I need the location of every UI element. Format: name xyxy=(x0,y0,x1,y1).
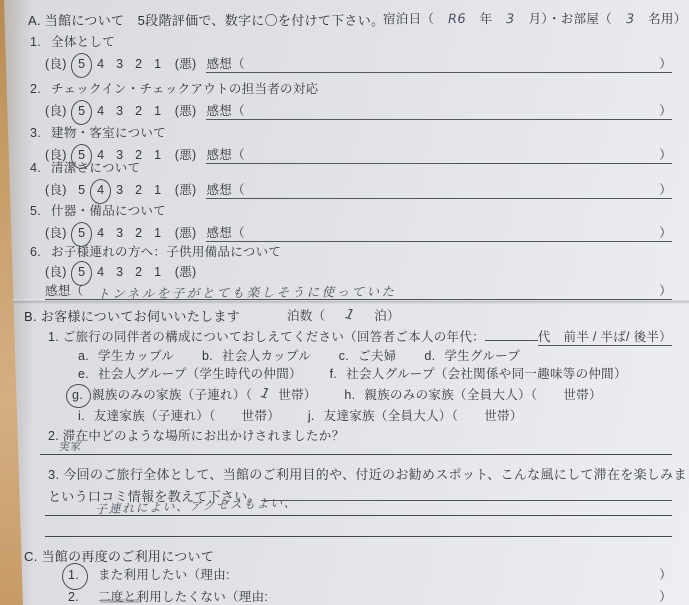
item-title-text: 全体として xyxy=(51,35,115,49)
stay-month-value: 3 xyxy=(506,12,515,27)
close-paren: ） xyxy=(659,281,672,299)
rating-4: 4 xyxy=(95,57,107,71)
kanso-label: 感想 xyxy=(206,145,232,163)
open-paren: （ xyxy=(71,281,84,299)
rating-2: 2 xyxy=(133,183,145,197)
rating-4: 4 xyxy=(95,226,107,240)
outing-answer: 実家 xyxy=(58,438,81,455)
option-label: 友達家族（子連れ）（ xyxy=(94,409,216,423)
good-label: (良) xyxy=(45,180,67,198)
b-q2-answer-line xyxy=(40,454,672,455)
rating-5: 5 xyxy=(76,104,88,118)
option-suffix: 世帯） xyxy=(242,409,280,423)
review-answer: 子連れによい、アクセスもよい、 xyxy=(95,493,298,517)
rating-1: 1 xyxy=(152,148,164,162)
item-number: 1. xyxy=(30,35,41,49)
item-6-comment-row: 感想（ トンネルを子がとても楽しそうに使っていた ） xyxy=(45,281,672,300)
room-capacity-label: 名用） xyxy=(648,12,686,26)
option-key-c: c. xyxy=(339,349,349,363)
close-paren: ） xyxy=(659,223,672,241)
kanso-label: 感想 xyxy=(45,281,71,299)
comment-line: 感想（） xyxy=(206,223,672,242)
item-4-title: 4.清潔さについて xyxy=(30,158,140,176)
option-key-i: i. xyxy=(78,409,85,423)
item-6-rating-row: (良) 5 4 3 2 1 (悪) xyxy=(45,262,309,280)
item-2-title: 2.チェックイン・チェックアウトの担当者の対応 xyxy=(30,79,318,97)
cutoff-text-fragment xyxy=(100,599,142,603)
section-c-heading: C. 当館の再度のご利用について xyxy=(24,546,214,565)
option-label: ご夫婦 xyxy=(358,349,396,363)
open-paren: （ xyxy=(232,223,245,241)
bad-label: (悪) xyxy=(175,180,197,198)
rating-4: 4 xyxy=(95,183,107,197)
age-suffix: 代 前半 / 半ば/ 後半） xyxy=(538,327,672,346)
close-paren: ） xyxy=(659,565,672,583)
stay-month-room-label: 月）・お部屋（ xyxy=(529,12,612,26)
item-title-text: 建物・客室について xyxy=(51,126,166,140)
comment-line: 感想（） xyxy=(206,54,672,73)
stay-info: 宿泊日（ R6 年 3 月）・お部屋（ 3 名用） xyxy=(383,9,687,27)
c-option-1: 1. また利用したい（理由: ） xyxy=(68,565,672,583)
rating-1: 1 xyxy=(152,183,164,197)
stay-year-label: 年 xyxy=(480,12,493,26)
close-paren: ） xyxy=(659,54,672,72)
close-paren: ） xyxy=(659,101,672,119)
item-1-rating-row: (良) 5 4 3 2 1 (悪) 感想（） xyxy=(45,54,672,73)
item-title-text: 清潔さについて xyxy=(51,161,140,175)
stay-year-value: R6 xyxy=(448,12,466,28)
section-b-heading: B. お客様についてお伺いいたします xyxy=(24,306,240,325)
item-title-text: チェックイン・チェックアウトの担当者の対応 xyxy=(51,82,318,96)
item-6-comment-handwriting: トンネルを子がとても楽しそうに使っていた xyxy=(97,282,397,303)
comment-line: 感想（ トンネルを子がとても楽しそうに使っていた ） xyxy=(45,281,672,300)
age-blank xyxy=(485,340,538,341)
rating-5: 5 xyxy=(76,183,88,197)
nights-label-open: 泊数（ xyxy=(287,309,325,323)
rating-1: 1 xyxy=(152,57,164,71)
b-q1-options-row-3: g.親族のみの家族（子連れ）（1世帯） h.親族のみの家族（全員大人）（世帯） xyxy=(72,385,602,403)
item-number: 5. xyxy=(30,204,41,218)
option-suffix: 世帯） xyxy=(563,388,601,402)
option-label: 社会人グループ（学生時代の仲間） xyxy=(98,367,302,381)
rating-3: 3 xyxy=(114,226,126,240)
c-option-1-number: 1. xyxy=(68,568,86,582)
rating-4: 4 xyxy=(95,265,107,279)
rating-1: 1 xyxy=(152,104,164,118)
b-q3-answer-line-3 xyxy=(45,536,672,537)
b-question-1: 1. ご旅行の同伴者の構成についておしえてください（回答者ご本人の年代： 代 前… xyxy=(48,327,672,346)
open-paren: （ xyxy=(232,180,245,198)
b-q3-answer-line-2 xyxy=(45,515,672,516)
rating-5: 5 xyxy=(76,226,88,240)
option-label: 友達家族（全員大人）（ xyxy=(324,409,459,423)
b-question-2: 2. 滞在中どのような場所にお出かけされましたか？ xyxy=(48,426,344,444)
rating-5: 5 xyxy=(76,265,88,279)
option-key-a: a. xyxy=(78,349,89,363)
good-label: (良) xyxy=(45,54,67,72)
nights-field: 泊数（ 1 泊） xyxy=(287,306,400,324)
good-label: (良) xyxy=(45,262,67,280)
rating-5: 5 xyxy=(76,57,88,71)
b-q3-answer-handwriting: 子連れによい、アクセスもよい、 xyxy=(95,497,297,514)
option-key-f: f. xyxy=(330,367,338,381)
good-label: (良) xyxy=(45,101,67,119)
item-5-rating-row: (良) 5 4 3 2 1 (悪) 感想（） xyxy=(45,223,672,242)
rating-3: 3 xyxy=(114,57,126,71)
bad-label: (悪) xyxy=(175,262,197,280)
item-1-title: 1.全体として xyxy=(30,32,115,50)
bad-label: (悪) xyxy=(175,54,197,72)
stay-date-label: 宿泊日（ xyxy=(383,12,434,26)
close-paren: ） xyxy=(659,587,672,605)
item-4-rating-row: (良) 5 4 3 2 1 (悪) 感想（） xyxy=(45,180,672,199)
option-key-d: d. xyxy=(424,349,435,363)
room-capacity-value: 3 xyxy=(626,12,635,27)
rating-4: 4 xyxy=(95,104,107,118)
option-suffix: 世帯） xyxy=(278,388,316,402)
bad-label: (悪) xyxy=(175,145,197,163)
b-q1-options-row-4: i.友達家族（子連れ）（世帯） j.友達家族（全員大人）（世帯） xyxy=(78,406,523,424)
rating-2: 2 xyxy=(133,265,145,279)
b-q3-answer-line-1 xyxy=(261,500,672,501)
comment-line: 感想（） xyxy=(206,180,672,199)
open-paren: （ xyxy=(232,101,245,119)
good-label: (良) xyxy=(45,223,67,241)
rating-3: 3 xyxy=(114,183,126,197)
kanso-label: 感想 xyxy=(206,101,232,119)
kanso-label: 感想 xyxy=(206,54,232,72)
nights-label-close: 泊） xyxy=(374,309,400,323)
b-q1-options-row-2: e.社会人グループ（学生時代の仲間） f.社会人グループ（会社関係や同一趣味等の… xyxy=(78,364,627,382)
g-households-handwriting: 1 xyxy=(251,383,280,405)
photo-background: A. 当館について 5段階評価で、数字に〇を付けて下さい。 宿泊日（ R6 年 … xyxy=(0,0,689,605)
rating-1: 1 xyxy=(152,226,164,240)
option-suffix: 世帯） xyxy=(484,409,522,423)
option-key-h: h. xyxy=(344,388,355,402)
bad-label: (悪) xyxy=(175,223,197,241)
b-q1-text: 1. ご旅行の同伴者の構成についておしえてください（回答者ご本人の年代： xyxy=(48,327,485,345)
open-paren: （ xyxy=(232,145,245,163)
kanso-label: 感想 xyxy=(206,180,232,198)
option-key-e: e. xyxy=(78,367,89,381)
item-title-text: 什器・備品について xyxy=(51,204,166,218)
c-option-2-number: 2. xyxy=(68,590,86,604)
item-number: 6. xyxy=(30,245,41,259)
close-paren: ） xyxy=(659,180,672,198)
open-paren: （ xyxy=(232,54,245,72)
c-option-2: 2. 二度と利用したくない（理由: ） xyxy=(68,587,672,605)
option-label: 親族のみの家族（子連れ）（ xyxy=(92,388,252,402)
b-q2-answer-handwriting: 実家 xyxy=(58,438,81,454)
rating-3: 3 xyxy=(114,104,126,118)
section-a-heading: A. 当館について 5段階評価で、数字に〇を付けて下さい。 xyxy=(28,10,384,29)
rating-2: 2 xyxy=(133,226,145,240)
option-label: 学生カップル xyxy=(98,349,174,363)
kanso-label: 感想 xyxy=(206,223,232,241)
option-label: 親族のみの家族（全員大人）（ xyxy=(364,388,537,402)
rating-2: 2 xyxy=(133,57,145,71)
item-number: 2. xyxy=(30,82,41,96)
option-label: 社会人カップル xyxy=(222,349,311,363)
nights-value-handwriting: 1 xyxy=(344,306,357,324)
close-paren: ） xyxy=(659,145,672,163)
rating-1: 1 xyxy=(152,265,164,279)
option-key-g: g. xyxy=(72,388,83,402)
item-3-title: 3.建物・客室について xyxy=(30,123,166,141)
b-question-3-line1: 3. 今回のご旅行全体として、当館のご利用目的や、付近のお勧めスポット、こんな風… xyxy=(48,464,689,483)
item-6-title: 6.お子様連れの方へ：子供用備品について xyxy=(30,242,281,260)
option-label: 学生グループ xyxy=(444,349,520,363)
comment-line: 感想（） xyxy=(206,145,672,164)
item-2-rating-row: (良) 5 4 3 2 1 (悪) 感想（） xyxy=(45,101,672,120)
bad-label: (悪) xyxy=(175,101,197,119)
item-5-title: 5.什器・備品について xyxy=(30,201,166,219)
option-key-b: b. xyxy=(202,349,213,363)
questionnaire-paper: A. 当館について 5段階評価で、数字に〇を付けて下さい。 宿泊日（ R6 年 … xyxy=(0,0,689,605)
item-number: 3. xyxy=(30,126,41,140)
rating-2: 2 xyxy=(133,104,145,118)
option-key-j: j. xyxy=(308,409,315,423)
option-label: 社会人グループ（会社関係や同一趣味等の仲間） xyxy=(346,367,627,381)
b-q1-options-row-1: a.学生カップル b.社会人カップル c.ご夫婦 d.学生グループ xyxy=(78,346,520,364)
item-number: 4. xyxy=(30,161,41,175)
rating-3: 3 xyxy=(114,265,126,279)
comment-line: 感想（） xyxy=(206,101,672,120)
item-title-text: お子様連れの方へ：子供用備品について xyxy=(51,245,281,259)
c-option-1-label: また利用したい（理由: xyxy=(98,565,230,583)
